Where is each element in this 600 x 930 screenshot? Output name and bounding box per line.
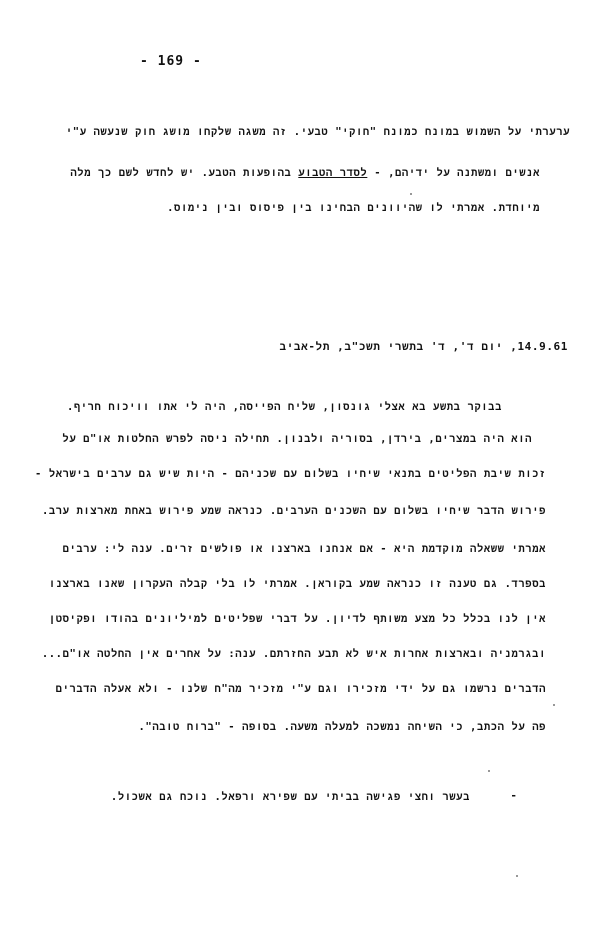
scan-speck <box>410 193 412 195</box>
paragraph2-line-2: הוא היה במצרים, בירדן, בסוריה ולבנון. תח… <box>62 433 532 446</box>
document-page: - 169 - ערערתי על השמוש במונח כמונח "חוק… <box>0 0 600 930</box>
paragraph1-line-2: אנשים ומשתנה על ידיהם, - לסדר הטבוע בהופ… <box>70 167 540 180</box>
paragraph2-line-7: אין לנו בכלל כל מצע משותף לדיון. על דברי… <box>49 613 546 626</box>
scan-speck <box>488 770 490 772</box>
list-item-text: בעשר וחצי פגישה בביתי עם שפירא ורפאל. נו… <box>111 791 470 804</box>
entry-dateline: 14.9.61, יום ד', ד' בתשרי תשכ"ב, תל-אביב <box>280 340 568 354</box>
paragraph2-line-9: הדברים נרשמו גם על ידי מזכירו וגם ע"י מז… <box>56 683 546 696</box>
paragraph2-line-5: אמרתי ששאלה מוקדמת היא - אם אנחנו בארצנו… <box>63 543 546 556</box>
paragraph2-line-3: זכות שיבת הפליטים בתנאי שיחיו בשלום עם ש… <box>35 468 546 481</box>
paragraph2-line-8: ובגרמניה ובארצות אחרות איש לא תבע החזרתם… <box>42 648 546 661</box>
paragraph2-line-6: בספרד. גם טענה זו כנראה שמע בקוראן. אמרת… <box>49 578 546 591</box>
paragraph1-line-2-end: בהופעות הטבע. יש לחדש לשם כך מלה <box>70 167 298 179</box>
paragraph1-line-1: ערערתי על השמוש במונח כמונח "חוקי" טבעי.… <box>66 126 570 139</box>
paragraph1-line-2-start: אנשים ומשתנה על ידיהם, - <box>367 167 540 179</box>
paragraph2-line-10: פה על הכתב, כי השיחה נמשכה למעלה משעה. ב… <box>138 721 546 734</box>
underlined-phrase: לסדר הטבוע <box>298 167 367 179</box>
paragraph1-line-3: מיוחדת. אמרתי לו שהיוונים הבחינו בין פיס… <box>167 202 540 215</box>
page-number: - 169 - <box>140 54 202 69</box>
scan-speck <box>516 875 518 877</box>
paragraph2-line-1: בבוקר בתשע בא אצלי גונסון, שליח הפייסה, … <box>67 401 502 414</box>
list-dash: - <box>510 789 517 802</box>
scan-speck <box>553 704 555 706</box>
paragraph2-line-4: פירוש הדבר שיחיו בשלום עם השכנים הערבים.… <box>42 505 546 518</box>
